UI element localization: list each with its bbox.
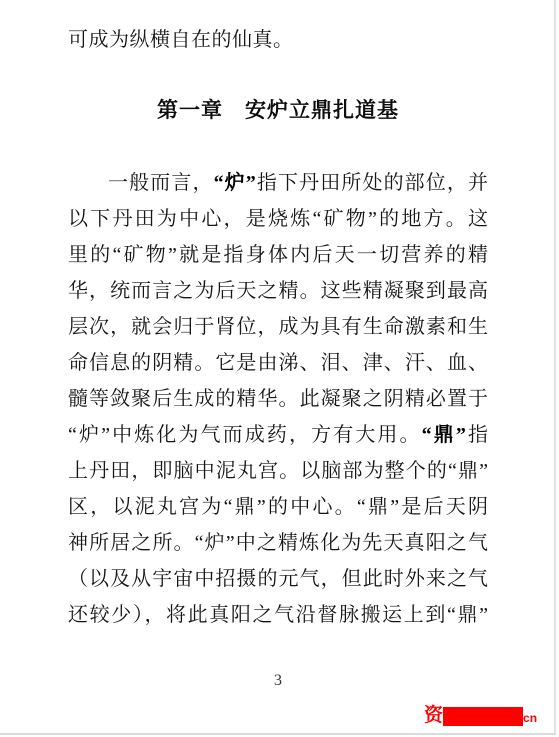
body-text-segment: 髓等敛聚后生成的精华。此凝聚之阴精必置于 bbox=[68, 388, 488, 410]
body-text-segment: 区，以泥丸宫为“鼎”的中心。“鼎”是后天阴 bbox=[68, 496, 488, 518]
body-line: （以及从宇宙中招摄的元气，但此时外来之气 bbox=[68, 561, 488, 597]
body-line: 里的“矿物”就是指身体内后天一切营养的精 bbox=[68, 237, 488, 273]
body-line: 层次，就会归于肾位，成为具有生命激素和生 bbox=[68, 309, 488, 345]
watermark-redacted-block bbox=[443, 707, 523, 726]
body-text-segment: 层次，就会归于肾位，成为具有生命激素和生 bbox=[68, 316, 488, 338]
body-line: 还较少），将此真阳之气沿督脉搬运上到“鼎” bbox=[68, 597, 488, 633]
body-line: 命信息的阴精。它是由涕、泪、津、汗、血、 bbox=[68, 345, 488, 381]
body-line: 一般而言，“炉”指下丹田所处的部位，并 bbox=[68, 165, 488, 201]
emphasized-term: “鼎” bbox=[422, 424, 466, 446]
body-line: 上丹田，即脑中泥丸宫。以脑部为整个的“鼎” bbox=[68, 453, 488, 489]
chapter-heading: 第一章 安炉立鼎扎道基 bbox=[68, 95, 488, 125]
page-number: 3 bbox=[68, 670, 488, 692]
body-text-segment: 指下丹田所处的部位，并 bbox=[256, 172, 488, 194]
body-text-segment: 指 bbox=[466, 424, 488, 446]
body-line: 区，以泥丸宫为“鼎”的中心。“鼎”是后天阴 bbox=[68, 489, 488, 525]
body-text-segment: 华，统而言之为后天之精。这些精凝聚到最高 bbox=[68, 280, 488, 302]
body-text-segment: 一般而言， bbox=[108, 172, 214, 194]
body-line: 华，统而言之为后天之精。这些精凝聚到最高 bbox=[68, 273, 488, 309]
body-line: “炉”中炼化为气而成药，方有大用。“鼎”指 bbox=[68, 417, 488, 453]
page-edge-right bbox=[554, 0, 556, 735]
body-line: 以下丹田为中心，是烧炼“矿物”的地方。这 bbox=[68, 201, 488, 237]
body-text-segment: 里的“矿物”就是指身体内后天一切营养的精 bbox=[68, 244, 488, 266]
paragraph-continuation-line: 可成为纵横自在的仙真。 bbox=[68, 22, 488, 58]
body-text-segment: 神所居之所。“炉”中之精炼化为先天真阳之气 bbox=[68, 532, 488, 554]
body-text-segment: 以下丹田为中心，是烧炼“矿物”的地方。这 bbox=[68, 208, 488, 230]
watermark-text-prefix: 资 bbox=[424, 706, 443, 726]
body-paragraph: 一般而言，“炉”指下丹田所处的部位，并以下丹田为中心，是烧炼“矿物”的地方。这里… bbox=[68, 165, 488, 633]
emphasized-term: “炉” bbox=[214, 172, 256, 194]
body-text-segment: （以及从宇宙中招摄的元气，但此时外来之气 bbox=[68, 568, 488, 590]
body-text-segment: 上丹田，即脑中泥丸宫。以脑部为整个的“鼎” bbox=[68, 460, 488, 482]
body-text-segment: 命信息的阴精。它是由涕、泪、津、汗、血、 bbox=[68, 352, 488, 374]
body-line: 髓等敛聚后生成的精华。此凝聚之阴精必置于 bbox=[68, 381, 488, 417]
body-line: 神所居之所。“炉”中之精炼化为先天真阳之气 bbox=[68, 525, 488, 561]
page-edge-bottom bbox=[0, 733, 556, 735]
body-text-segment: “炉”中炼化为气而成药，方有大用。 bbox=[68, 424, 422, 446]
document-page: 可成为纵横自在的仙真。 第一章 安炉立鼎扎道基 一般而言，“炉”指下丹田所处的部… bbox=[0, 0, 559, 737]
body-text-segment: 还较少），将此真阳之气沿督脉搬运上到“鼎” bbox=[68, 604, 488, 626]
watermark: 资 cn bbox=[424, 704, 537, 726]
watermark-text-suffix: cn bbox=[523, 712, 537, 725]
